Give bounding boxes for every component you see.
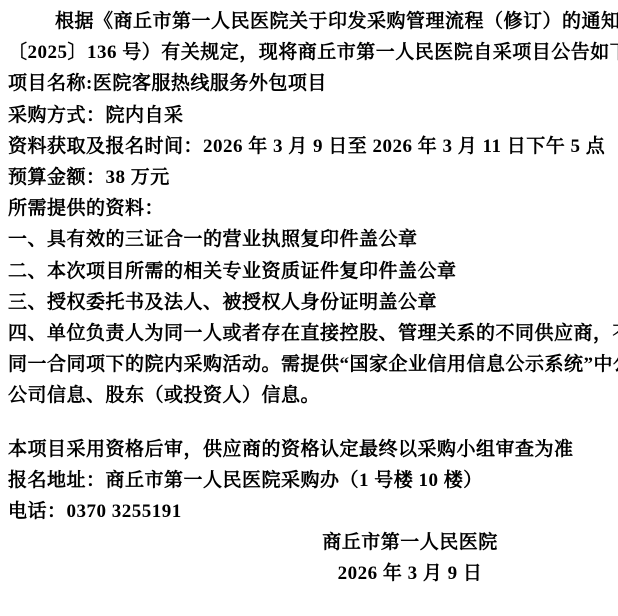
material-item-4-line-1: 四、单位负责人为同一人或者存在直接控股、管理关系的不同供应商，不得参加	[8, 318, 610, 349]
qualification-note: 本项目采用资格后审，供应商的资格认定最终以采购小组审查为准	[8, 434, 610, 465]
signature-block: 商丘市第一人民医院 2026 年 3 月 9 日	[210, 527, 610, 589]
intro-line-2: 〔2025〕136 号）有关规定，现将商丘市第一人民医院自采项目公告如下：	[8, 37, 610, 68]
project-name: 项目名称:医院客服热线服务外包项目	[8, 68, 610, 99]
intro-line-1: 根据《商丘市第一人民医院关于印发采购管理流程（修订）的通知》(院字	[8, 6, 610, 37]
registration-time: 资料获取及报名时间：2026 年 3 月 9 日至 2026 年 3 月 11 …	[8, 131, 610, 162]
material-item-4-line-2: 同一合同项下的院内采购活动。需提供“国家企业信用信息公示系统”中公示的	[8, 349, 610, 380]
announcement-document: 根据《商丘市第一人民医院关于印发采购管理流程（修订）的通知》(院字 〔2025〕…	[0, 0, 618, 616]
material-item-4-line-3: 公司信息、股东（或投资人）信息。	[8, 380, 610, 411]
procurement-method: 采购方式：院内自采	[8, 100, 610, 131]
materials-header: 所需提供的资料：	[8, 193, 610, 224]
registration-address: 报名地址：商丘市第一人民医院采购办（1 号楼 10 楼）	[8, 465, 610, 496]
budget-amount: 预算金额：38 万元	[8, 162, 610, 193]
contact-phone: 电话：0370 3255191	[8, 496, 610, 527]
signature-date: 2026 年 3 月 9 日	[210, 558, 610, 589]
material-item-1: 一、具有效的三证合一的营业执照复印件盖公章	[8, 224, 610, 255]
material-item-3: 三、授权委托书及法人、被授权人身份证明盖公章	[8, 287, 610, 318]
blank-line	[8, 412, 610, 434]
signature-org: 商丘市第一人民医院	[210, 527, 610, 558]
material-item-2: 二、本次项目所需的相关专业资质证件复印件盖公章	[8, 256, 610, 287]
